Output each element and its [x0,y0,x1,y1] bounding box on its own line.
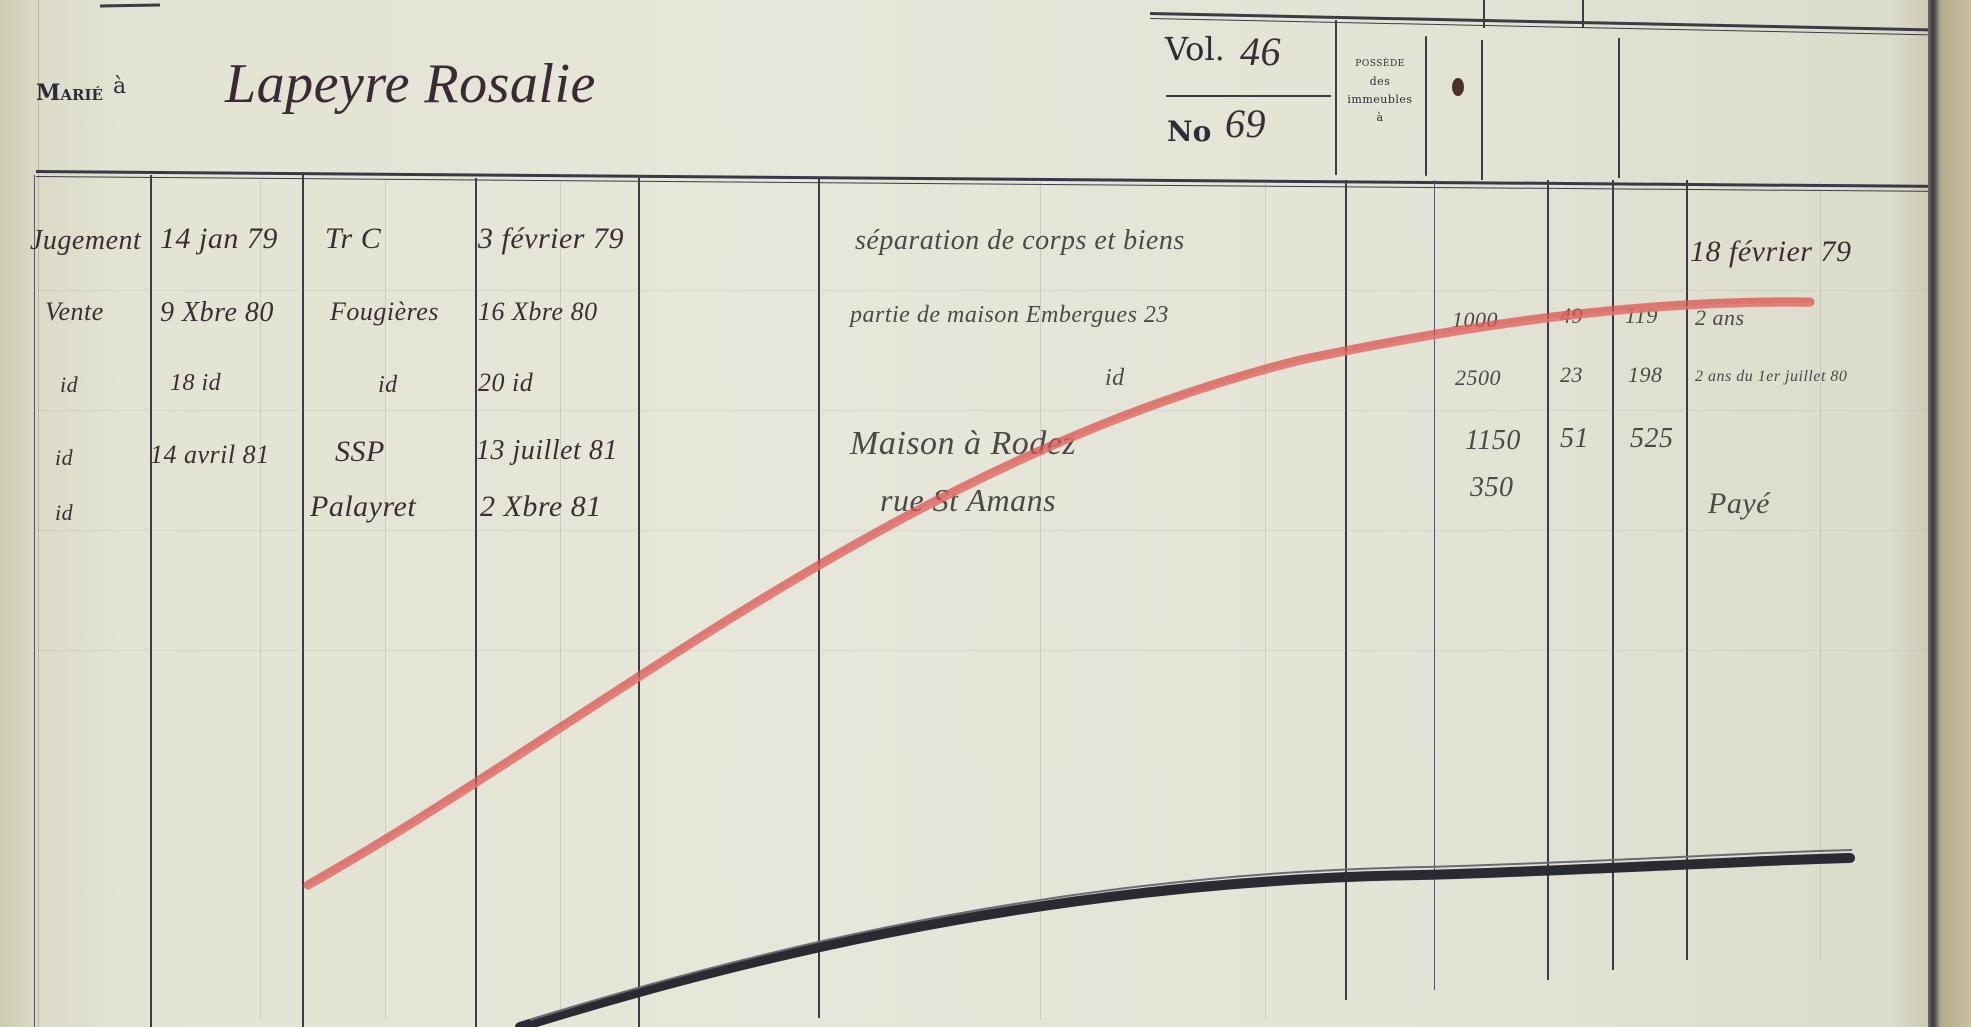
ledger-page: Marié à Lapeyre Rosalie Vol. 46 No 69 PO… [0,0,1971,1027]
red-crayon-strike [0,0,1971,1027]
page-fold-shadow [520,858,1850,1027]
